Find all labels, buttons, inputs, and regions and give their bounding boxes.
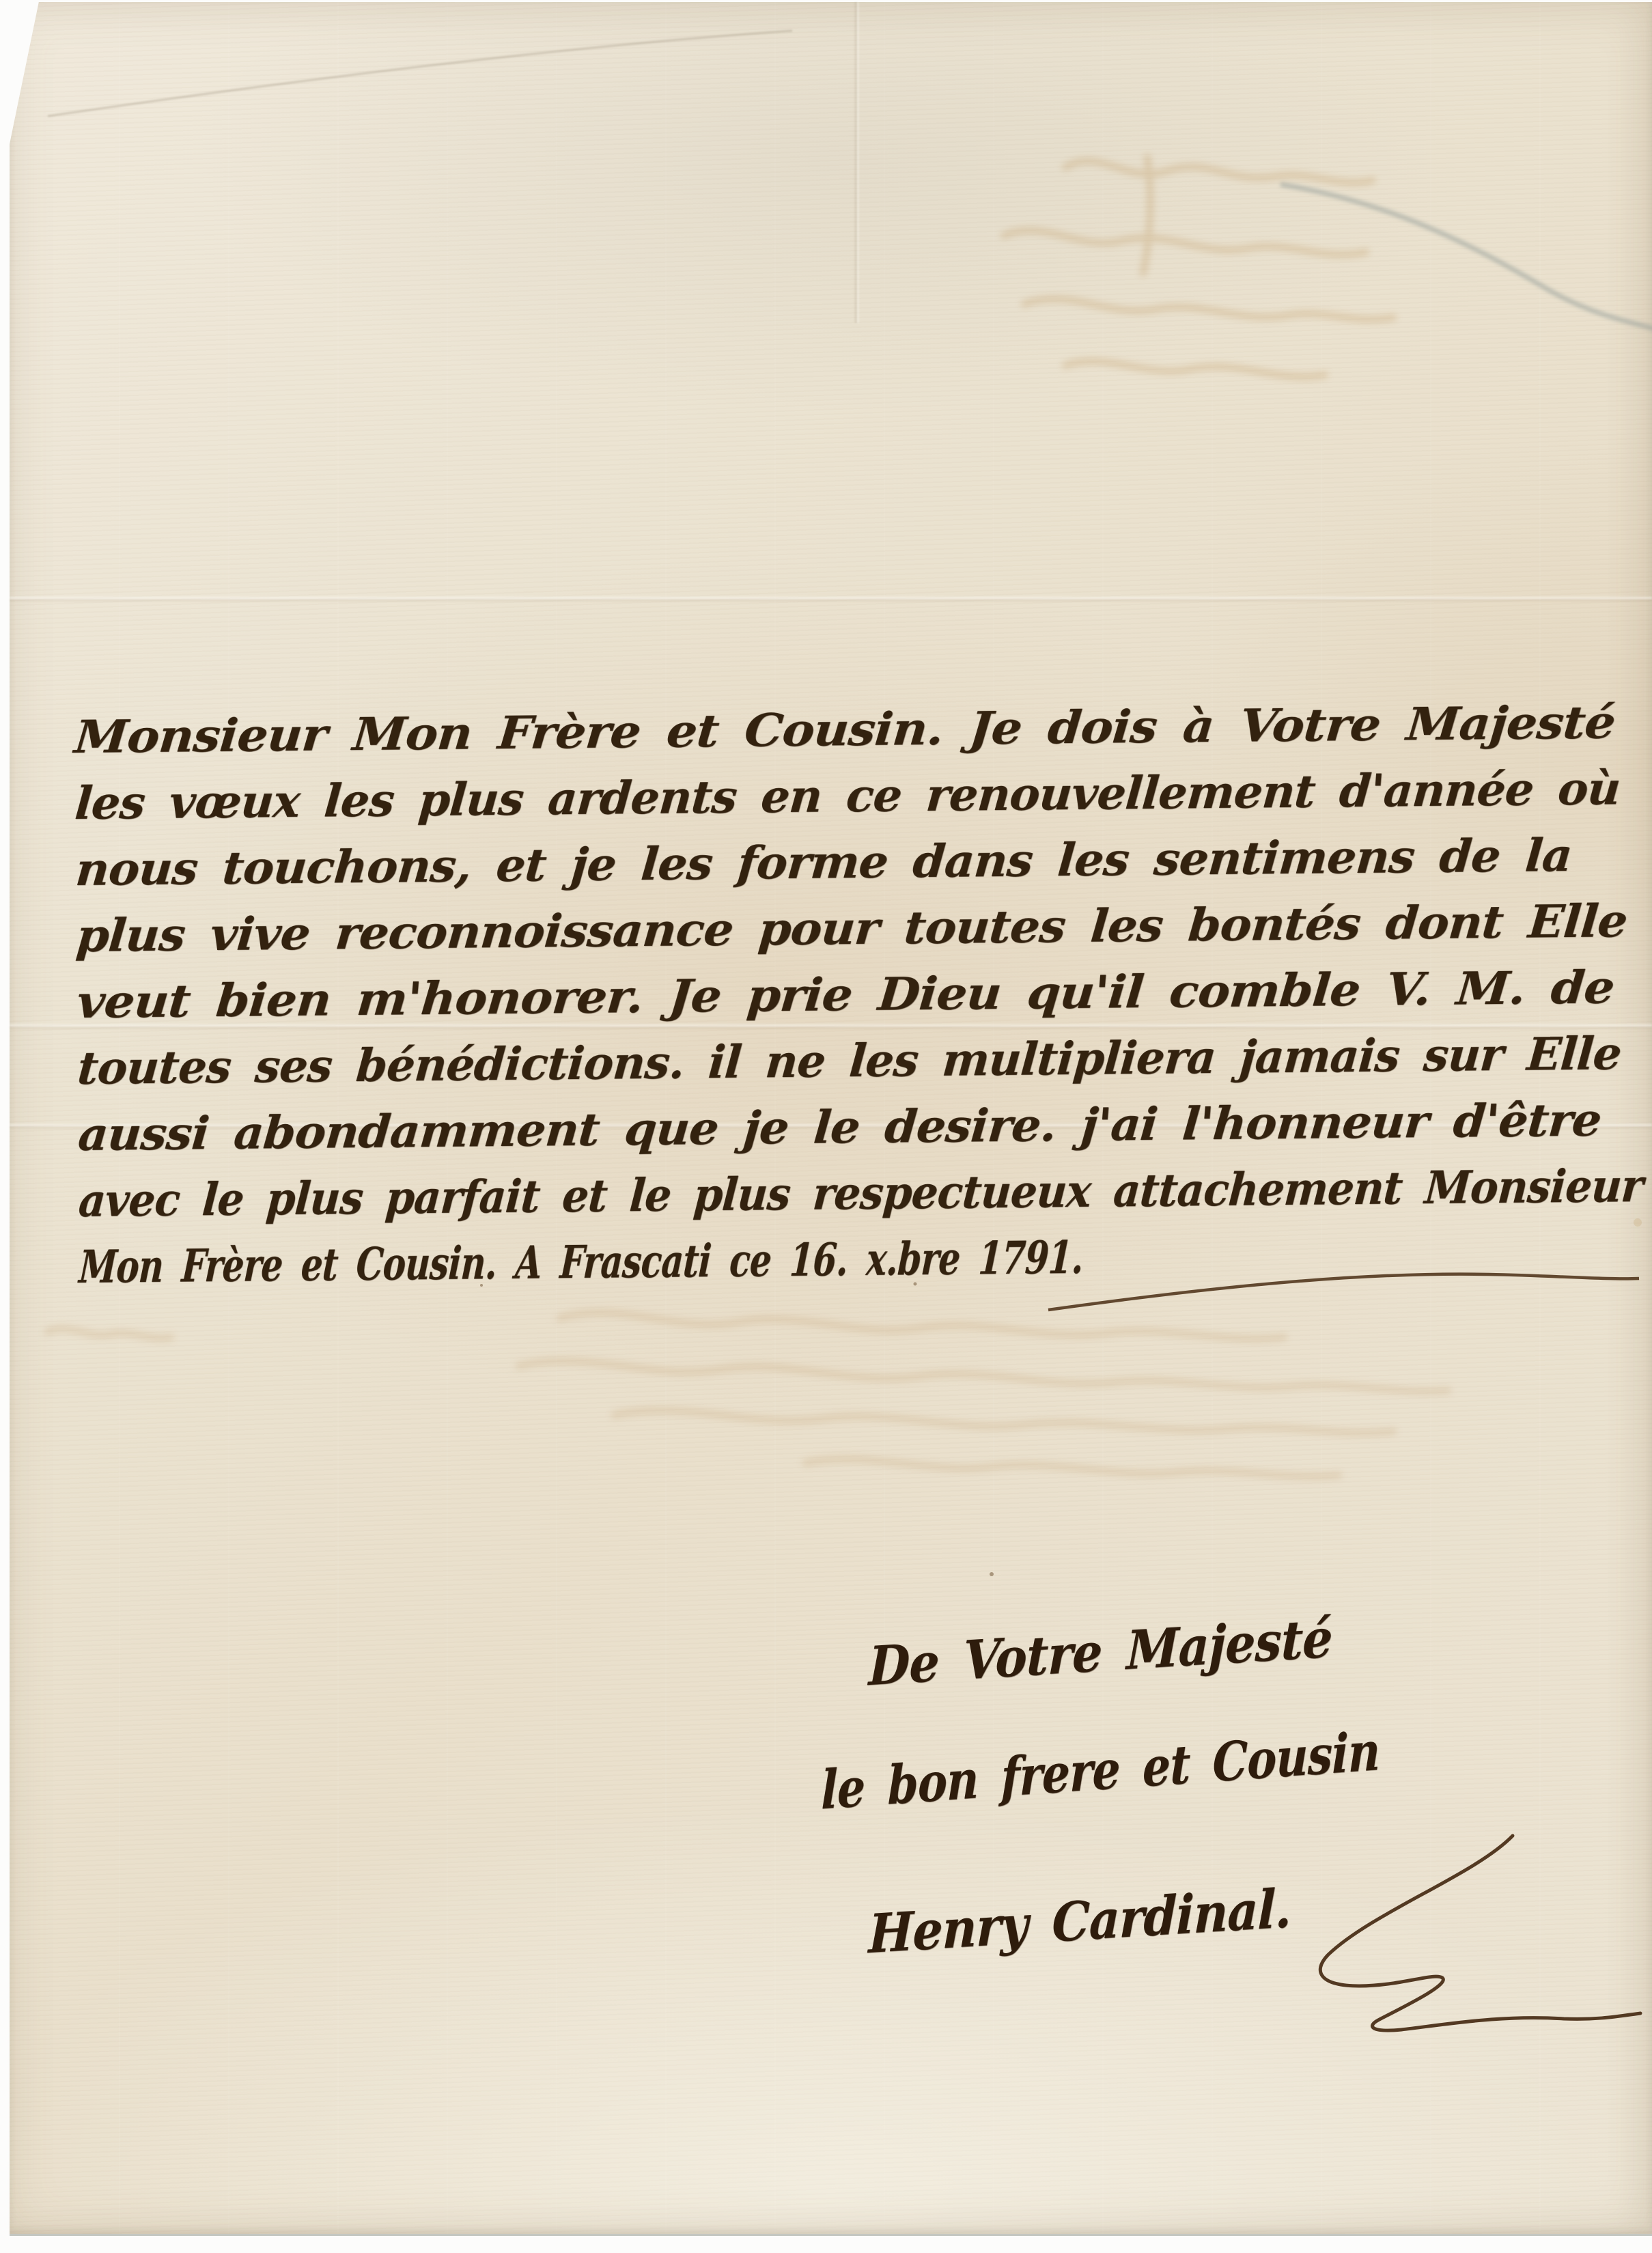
bleed-stroke [1065,361,1325,376]
closing-line-1: De Votre Majesté [865,1604,1387,1699]
paper-corner-cut [9,1,39,148]
bleed-stroke [48,1329,171,1339]
bleed-stroke [560,1313,1284,1339]
ink-speck [990,1572,994,1576]
letter-line: Mon Frère et Cousin. A Frascati ce 16. x… [77,1225,1085,1300]
gray-crease-stain [1280,184,1652,329]
signature-line: Henry Cardinal. [865,1874,1343,1967]
bleed-stroke [1024,299,1393,320]
bleed-through-top [1004,157,1393,376]
signature-paraph-flourish [1320,1836,1640,2030]
diagonal-crease [48,31,792,116]
signature-text: Henry Cardinal. [868,1877,1291,1967]
bleed-stroke [1143,157,1150,273]
horizontal-fold-crease [10,596,1652,602]
letter-body: Monsieur Mon Frère et Cousin. Je dois à … [72,689,1652,1300]
closing-text: le bon frere et Cousin [821,1720,1380,1823]
vertical-fold-crease [854,2,860,323]
bleed-stroke [615,1410,1393,1433]
letter-paper: Monsieur Mon Frère et Cousin. Je dois à … [10,2,1652,2234]
bleed-stroke [1004,231,1366,255]
closing-line-2: le bon frere et Cousin [817,1712,1494,1823]
bleed-stroke [1065,161,1373,182]
bleed-stroke [806,1459,1339,1477]
closing-text: De Votre Majesté [868,1606,1332,1698]
bleed-stroke [519,1361,1448,1391]
bleed-through-middle [48,1313,1448,1477]
